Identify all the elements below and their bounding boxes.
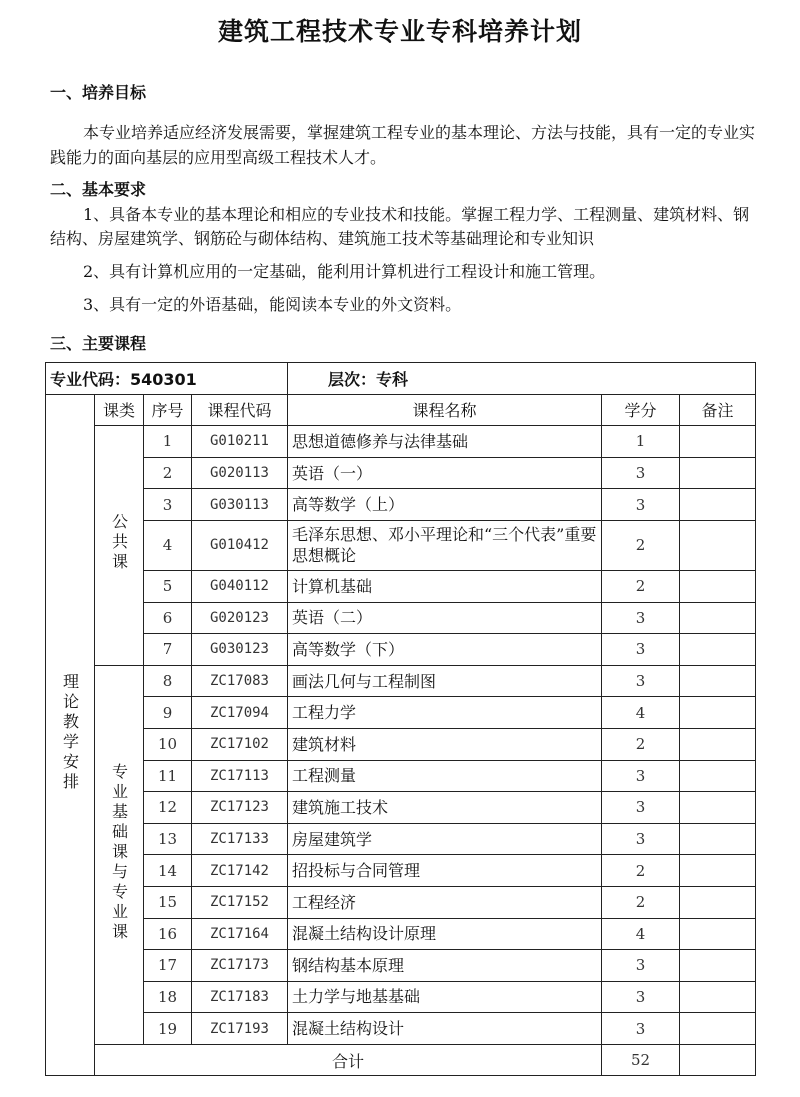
table-row: 15ZC17152工程经济2 (46, 886, 756, 918)
course-credit: 3 (602, 1013, 680, 1045)
section-heading-courses: 三、主要课程 (50, 331, 146, 354)
course-code: ZC17183 (192, 981, 288, 1013)
course-credit: 3 (602, 665, 680, 697)
course-note (680, 426, 756, 458)
course-code: ZC17083 (192, 665, 288, 697)
course-note (680, 823, 756, 855)
course-credit: 2 (602, 728, 680, 760)
requirement-2: 2、具有计算机应用的一定基础，能利用计算机进行工程设计和施工管理。 (50, 259, 755, 284)
course-name: 建筑施工技术 (288, 792, 602, 824)
course-note (680, 760, 756, 792)
table-row: 19ZC17193混凝土结构设计3 (46, 1013, 756, 1045)
course-code: G030113 (192, 489, 288, 521)
row-number: 12 (144, 792, 192, 824)
table-row: 13ZC17133房屋建筑学3 (46, 823, 756, 855)
row-number: 1 (144, 426, 192, 458)
course-code: ZC17094 (192, 697, 288, 729)
row-number: 17 (144, 950, 192, 982)
course-name: 计算机基础 (288, 570, 602, 602)
row-number: 4 (144, 520, 192, 570)
course-note (680, 855, 756, 887)
category-label: 公共课 (108, 513, 131, 573)
course-name: 建筑材料 (288, 728, 602, 760)
course-note (680, 792, 756, 824)
course-credit: 2 (602, 886, 680, 918)
row-number: 18 (144, 981, 192, 1013)
course-note (680, 886, 756, 918)
course-note (680, 665, 756, 697)
course-code: G020123 (192, 602, 288, 634)
course-name: 房屋建筑学 (288, 823, 602, 855)
course-code: G010412 (192, 520, 288, 570)
course-credit: 4 (602, 697, 680, 729)
course-note (680, 457, 756, 489)
course-code: ZC17113 (192, 760, 288, 792)
row-number: 11 (144, 760, 192, 792)
col-header-credit: 学分 (602, 394, 680, 426)
course-name: 高等数学（下） (288, 634, 602, 666)
row-number: 16 (144, 918, 192, 950)
course-note (680, 602, 756, 634)
table-row: 4G010412毛泽东思想、邓小平理论和“三个代表”重要思想概论2 (46, 520, 756, 570)
total-credits: 52 (602, 1044, 680, 1076)
section-heading-goal: 一、培养目标 (50, 80, 146, 103)
course-code: ZC17152 (192, 886, 288, 918)
table-row: 9ZC17094工程力学4 (46, 697, 756, 729)
course-credit: 3 (602, 489, 680, 521)
table-row: 专业基础课与专业课8ZC17083画法几何与工程制图3 (46, 665, 756, 697)
goal-paragraph: 本专业培养适应经济发展需要，掌握建筑工程专业的基本理论、方法与技能，具有一定的专… (50, 120, 755, 170)
course-credit: 3 (602, 634, 680, 666)
course-name: 混凝土结构设计原理 (288, 918, 602, 950)
course-note (680, 697, 756, 729)
table-row: 公共课1G010211思想道德修养与法律基础1 (46, 426, 756, 458)
course-code: ZC17102 (192, 728, 288, 760)
row-number: 9 (144, 697, 192, 729)
course-credit: 4 (602, 918, 680, 950)
row-number: 6 (144, 602, 192, 634)
course-credit: 3 (602, 457, 680, 489)
course-name: 土力学与地基基础 (288, 981, 602, 1013)
row-number: 15 (144, 886, 192, 918)
course-name: 钢结构基本原理 (288, 950, 602, 982)
course-name: 思想道德修养与法律基础 (288, 426, 602, 458)
category-cell: 专业基础课与专业课 (95, 665, 144, 1044)
row-number: 13 (144, 823, 192, 855)
table-row: 11ZC17113工程测量3 (46, 760, 756, 792)
course-code: ZC17133 (192, 823, 288, 855)
table-row: 2G020113英语（一）3 (46, 457, 756, 489)
course-code: ZC17142 (192, 855, 288, 887)
course-note (680, 489, 756, 521)
course-name: 英语（一） (288, 457, 602, 489)
course-credit: 2 (602, 570, 680, 602)
course-code: G030123 (192, 634, 288, 666)
col-header-name: 课程名称 (288, 394, 602, 426)
course-name: 工程测量 (288, 760, 602, 792)
course-code: G010211 (192, 426, 288, 458)
row-number: 10 (144, 728, 192, 760)
total-label: 合计 (95, 1044, 602, 1076)
course-name: 英语（二） (288, 602, 602, 634)
row-number: 19 (144, 1013, 192, 1045)
course-credit: 3 (602, 823, 680, 855)
total-note (680, 1044, 756, 1076)
course-code: ZC17173 (192, 950, 288, 982)
course-credit: 1 (602, 426, 680, 458)
table-row: 3G030113高等数学（上）3 (46, 489, 756, 521)
course-name: 毛泽东思想、邓小平理论和“三个代表”重要思想概论 (288, 520, 602, 570)
course-note (680, 728, 756, 760)
table-row: 14ZC17142招投标与合同管理2 (46, 855, 756, 887)
course-note (680, 1013, 756, 1045)
course-credit: 2 (602, 520, 680, 570)
table-row: 18ZC17183土力学与地基基础3 (46, 981, 756, 1013)
table-row: 5G040112计算机基础2 (46, 570, 756, 602)
table-row: 6G020123英语（二）3 (46, 602, 756, 634)
course-credit: 3 (602, 602, 680, 634)
table-row: 12ZC17123建筑施工技术3 (46, 792, 756, 824)
course-name: 混凝土结构设计 (288, 1013, 602, 1045)
total-row: 合计52 (46, 1044, 756, 1076)
category-label: 专业基础课与专业课 (108, 763, 131, 943)
course-note (680, 918, 756, 950)
requirement-1: 1、具备本专业的基本理论和相应的专业技术和技能。掌握工程力学、工程测量、建筑材料… (50, 203, 755, 251)
course-name: 工程经济 (288, 886, 602, 918)
col-header-note: 备注 (680, 394, 756, 426)
col-header-category: 课类 (95, 394, 144, 426)
row-number: 14 (144, 855, 192, 887)
course-name: 招投标与合同管理 (288, 855, 602, 887)
course-credit: 3 (602, 950, 680, 982)
outer-group-label: 理论教学安排 (59, 673, 82, 793)
table-info-row: 专业代码：540301 层次：专科 (46, 363, 756, 395)
course-credit: 3 (602, 981, 680, 1013)
column-header-row: 理论教学安排 课类 序号 课程代码 课程名称 学分 备注 (46, 394, 756, 426)
course-name: 画法几何与工程制图 (288, 665, 602, 697)
course-code: G040112 (192, 570, 288, 602)
course-code: G020113 (192, 457, 288, 489)
table-row: 10ZC17102建筑材料2 (46, 728, 756, 760)
course-credit: 2 (602, 855, 680, 887)
course-code: ZC17193 (192, 1013, 288, 1045)
course-code: ZC17164 (192, 918, 288, 950)
course-name: 工程力学 (288, 697, 602, 729)
course-note (680, 950, 756, 982)
row-number: 3 (144, 489, 192, 521)
row-number: 8 (144, 665, 192, 697)
course-name: 高等数学（上） (288, 489, 602, 521)
course-table: 专业代码：540301 层次：专科 理论教学安排 课类 序号 课程代码 课程名称… (45, 362, 756, 1076)
row-number: 5 (144, 570, 192, 602)
category-cell: 公共课 (95, 426, 144, 666)
requirement-3: 3、具有一定的外语基础，能阅读本专业的外文资料。 (50, 292, 755, 317)
major-code: 专业代码：540301 (46, 363, 288, 395)
document-title: 建筑工程技术专业专科培养计划 (0, 12, 800, 48)
level: 层次：专科 (288, 363, 756, 395)
table-row: 17ZC17173钢结构基本原理3 (46, 950, 756, 982)
col-header-no: 序号 (144, 394, 192, 426)
row-number: 7 (144, 634, 192, 666)
table-row: 16ZC17164混凝土结构设计原理4 (46, 918, 756, 950)
table-row: 7G030123高等数学（下）3 (46, 634, 756, 666)
course-note (680, 981, 756, 1013)
course-code: ZC17123 (192, 792, 288, 824)
section-heading-requirements: 二、基本要求 (50, 177, 146, 200)
course-credit: 3 (602, 760, 680, 792)
outer-group-cell: 理论教学安排 (46, 394, 95, 1076)
course-note (680, 570, 756, 602)
course-note (680, 634, 756, 666)
row-number: 2 (144, 457, 192, 489)
course-credit: 3 (602, 792, 680, 824)
col-header-code: 课程代码 (192, 394, 288, 426)
course-note (680, 520, 756, 570)
